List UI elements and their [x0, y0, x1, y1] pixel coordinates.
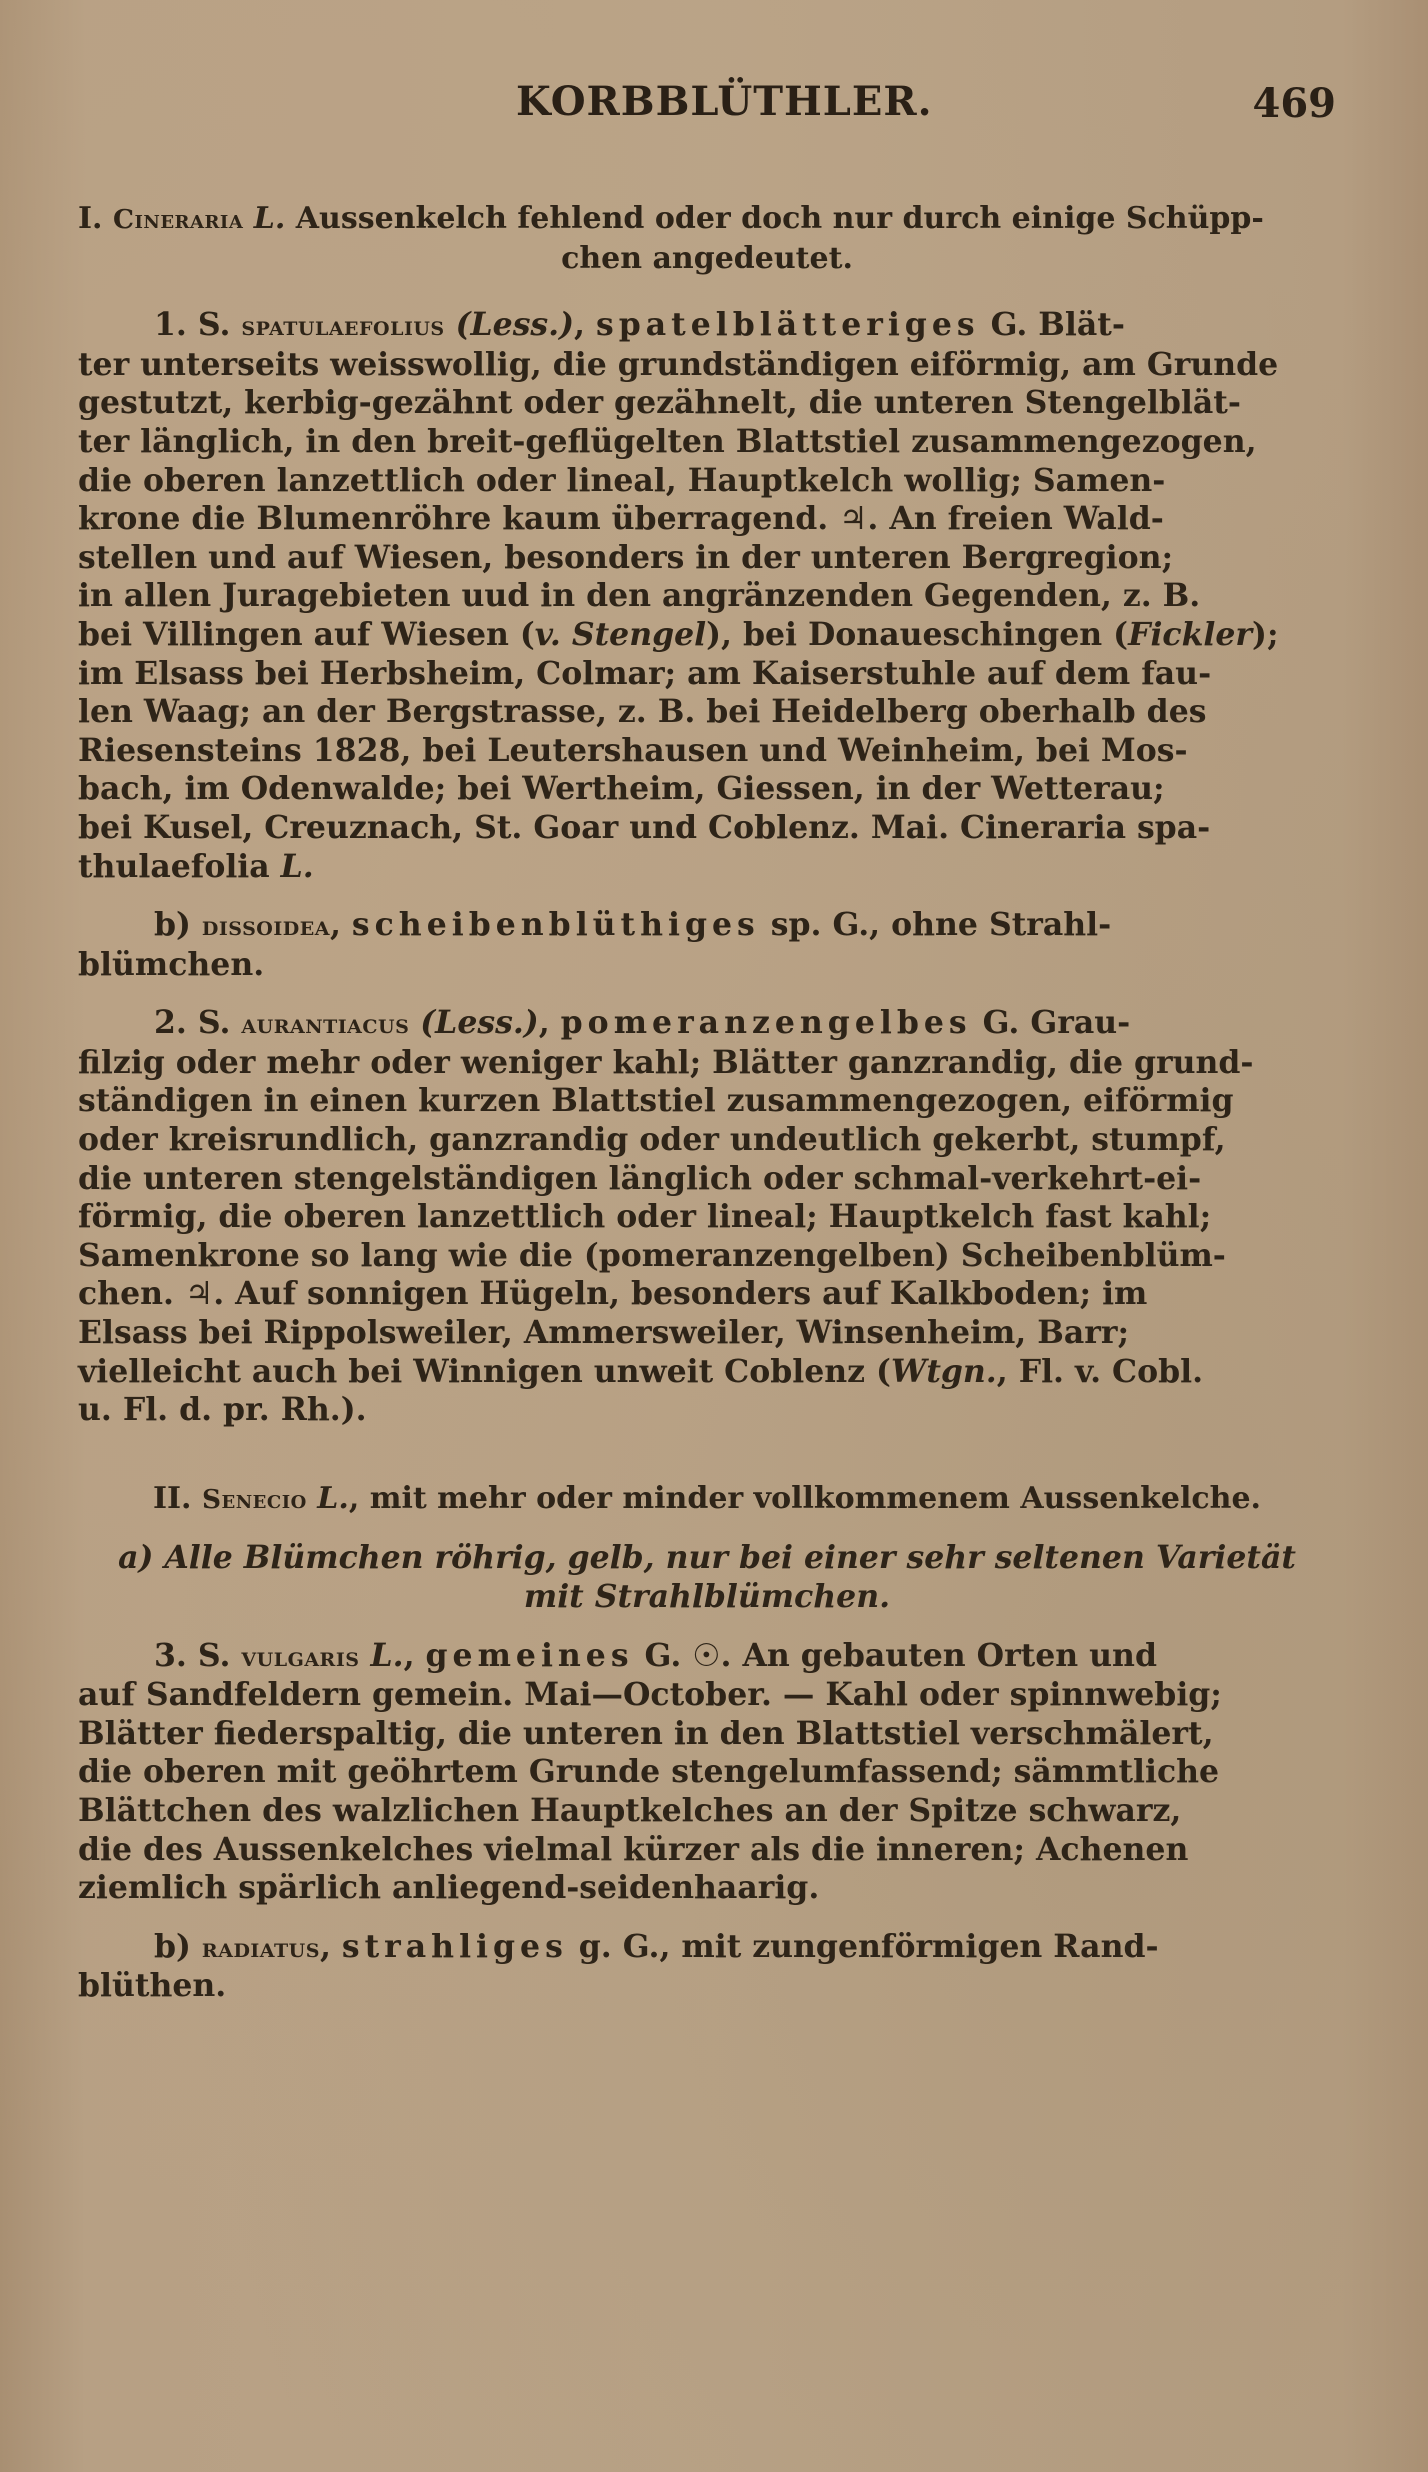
species-authority: L. — [370, 1637, 403, 1674]
species-entry-spatulaefolius: 1. S. spatulaefolius (Less.), spatelblät… — [78, 306, 1336, 886]
species-name: vulgaris — [241, 1640, 359, 1673]
text-line: auf Sandfeldern gemein. Mai—October. — K… — [78, 1676, 1336, 1715]
text-line: vielleicht auch bei Winnigen unweit Cobl… — [78, 1353, 891, 1390]
genus-authority: L. — [317, 1481, 349, 1516]
species-authority: (Less.) — [456, 306, 574, 343]
text-line: bei Villingen auf Wiesen ( — [78, 616, 535, 653]
text-line: len Waag; an der Bergstrasse, z. B. bei … — [78, 693, 1336, 732]
genus-name: Cineraria — [113, 204, 243, 235]
text-line: G. Blät- — [980, 306, 1125, 343]
page-body: I. Cineraria L. Aussenkelch fehlend oder… — [78, 200, 1336, 2006]
genus-heading-senecio: II. Senecio L., mit mehr oder minder vol… — [78, 1480, 1336, 1520]
variety-label: b) — [154, 906, 191, 943]
genus-numeral: II. — [153, 1481, 192, 1516]
text-line: bei Kusel, Creuznach, St. Goar und Coble… — [78, 809, 1336, 848]
species-common-name: pomeranzengelbes — [561, 1004, 972, 1041]
text-line: . An gebauten Orten und — [721, 1637, 1157, 1674]
text-line: sp. G., ohne Strahl- — [760, 906, 1111, 943]
variety-name: dissoidea — [202, 909, 330, 942]
running-head: KORBBLÜTHLER. 469 — [78, 78, 1336, 138]
genus-description-line: Aussenkelch fehlend oder doch nur durch … — [296, 201, 1264, 236]
text-line: filzig oder mehr oder weniger kahl; Blät… — [78, 1044, 1336, 1083]
text-line: ), bei Donaueschingen ( — [706, 616, 1128, 653]
text-line: . Auf sonnigen Hügeln, besonders auf Kal… — [213, 1275, 1147, 1312]
variety-entry-radiatus: b) radiatus, strahliges g. G., mit zunge… — [78, 1928, 1336, 2006]
genus-name: Senecio — [202, 1484, 307, 1515]
text-line: , Fl. v. Cobl. — [997, 1353, 1203, 1390]
genus-description-line: chen angedeutet. — [78, 240, 1336, 279]
genus-heading-cineraria: I. Cineraria L. Aussenkelch fehlend oder… — [78, 200, 1336, 278]
text-line: Elsass bei Rippolsweiler, Ammersweiler, … — [78, 1314, 1336, 1353]
species-name: spatulaefolius — [241, 309, 444, 342]
text-line: thulaefolia — [78, 848, 281, 885]
species-common-name: spatelblätteriges — [596, 306, 980, 343]
text-line: u. Fl. d. pr. Rh.). — [78, 1391, 1336, 1430]
text-line: die des Aussenkelches vielmal kürzer als… — [78, 1831, 1336, 1870]
collector-citation: v. Stengel — [535, 616, 706, 653]
perennial-symbol-icon: ♃ — [185, 1276, 213, 1312]
text-line: G. Grau- — [972, 1004, 1131, 1041]
collector-citation: Fickler — [1128, 616, 1252, 653]
text-line: im Elsass bei Herbsheim, Colmar; am Kais… — [78, 655, 1336, 694]
text-line: ); — [1252, 616, 1279, 653]
genus-description-line: , mit mehr oder minder vollkommenem Auss… — [349, 1481, 1261, 1516]
text-line: die oberen lanzettlich oder lineal, Haup… — [78, 462, 1336, 501]
text-line: ziemlich spärlich anliegend-seidenhaarig… — [78, 1869, 1336, 1908]
text-line: Samenkrone so lang wie die (pomeranzenge… — [78, 1237, 1336, 1276]
text-line: ter länglich, in den breit-geflügelten B… — [78, 423, 1336, 462]
text-line: blüthen. — [78, 1967, 1336, 2006]
text-line: in allen Juragebieten uud in den angränz… — [78, 577, 1336, 616]
variety-common-name: strahliges — [342, 1928, 568, 1965]
text-line: die unteren stengelständigen länglich od… — [78, 1160, 1336, 1199]
running-title: KORBBLÜTHLER. — [516, 78, 933, 125]
species-common-name: gemeines — [426, 1637, 634, 1674]
text-line: die oberen mit geöhrtem Grunde stengelum… — [78, 1753, 1336, 1792]
text-line: bach, im Odenwalde; bei Wertheim, Giesse… — [78, 770, 1336, 809]
variety-entry-dissoidea: b) dissoidea, scheibenblüthiges sp. G., … — [78, 906, 1336, 984]
species-number: 1. S. — [154, 306, 230, 343]
text-line: ter unterseits weisswollig, die grundstä… — [78, 346, 1336, 385]
text-line: g. G., mit zungenförmigen Rand- — [568, 1928, 1159, 1965]
text-line: Blätter fiederspaltig, die unteren in de… — [78, 1715, 1336, 1754]
variety-name: radiatus — [202, 1931, 320, 1964]
species-number: 2. S. — [154, 1004, 230, 1041]
text-line: Riesensteins 1828, bei Leutershausen und… — [78, 732, 1336, 771]
subgroup-heading-a: a) Alle Blümchen röhrig, gelb, nur bei e… — [78, 1539, 1336, 1616]
text-line: , — [404, 1637, 426, 1674]
text-line: An freien Wald- — [878, 500, 1163, 537]
text-line: G. — [634, 1637, 693, 1674]
text-line: stellen und auf Wiesen, besonders in der… — [78, 539, 1336, 578]
variety-common-name: scheibenblüthiges — [352, 906, 760, 943]
variety-label: b) — [154, 1928, 191, 1965]
species-authority: L. — [281, 848, 314, 885]
text-line: gestutzt, kerbig-gezähnt oder gezähnelt,… — [78, 384, 1336, 423]
species-number: 3. S. — [154, 1637, 230, 1674]
subgroup-line: a) Alle Blümchen röhrig, gelb, nur bei e… — [78, 1539, 1336, 1578]
collector-citation: Wtgn. — [891, 1353, 997, 1390]
text-line: Blättchen des walzlichen Hauptkelches an… — [78, 1792, 1336, 1831]
species-entry-aurantiacus: 2. S. aurantiacus (Less.), pomeranzengel… — [78, 1004, 1336, 1430]
species-authority: (Less.) — [420, 1004, 538, 1041]
genus-authority: L. — [254, 201, 286, 236]
species-name: aurantiacus — [241, 1007, 409, 1040]
text-line: oder kreisrundlich, ganzrandig oder unde… — [78, 1121, 1336, 1160]
text-line: krone die Blumenröhre kaum überragend. — [78, 500, 839, 537]
subgroup-line: mit Strahlblümchen. — [78, 1578, 1336, 1617]
text-line: blümchen. — [78, 946, 1336, 985]
species-entry-vulgaris: 3. S. vulgaris L., gemeines G. ☉. An geb… — [78, 1637, 1336, 1908]
perennial-symbol-icon: ♃ — [839, 501, 867, 537]
page-number: 469 — [1253, 80, 1337, 127]
genus-numeral: I. — [78, 201, 102, 236]
text-line: chen. — [78, 1275, 185, 1312]
text-line: ständigen in einen kurzen Blattstiel zus… — [78, 1082, 1336, 1121]
annual-symbol-icon: ☉ — [692, 1638, 720, 1674]
text-line: förmig, die oberen lanzettlich oder line… — [78, 1198, 1336, 1237]
